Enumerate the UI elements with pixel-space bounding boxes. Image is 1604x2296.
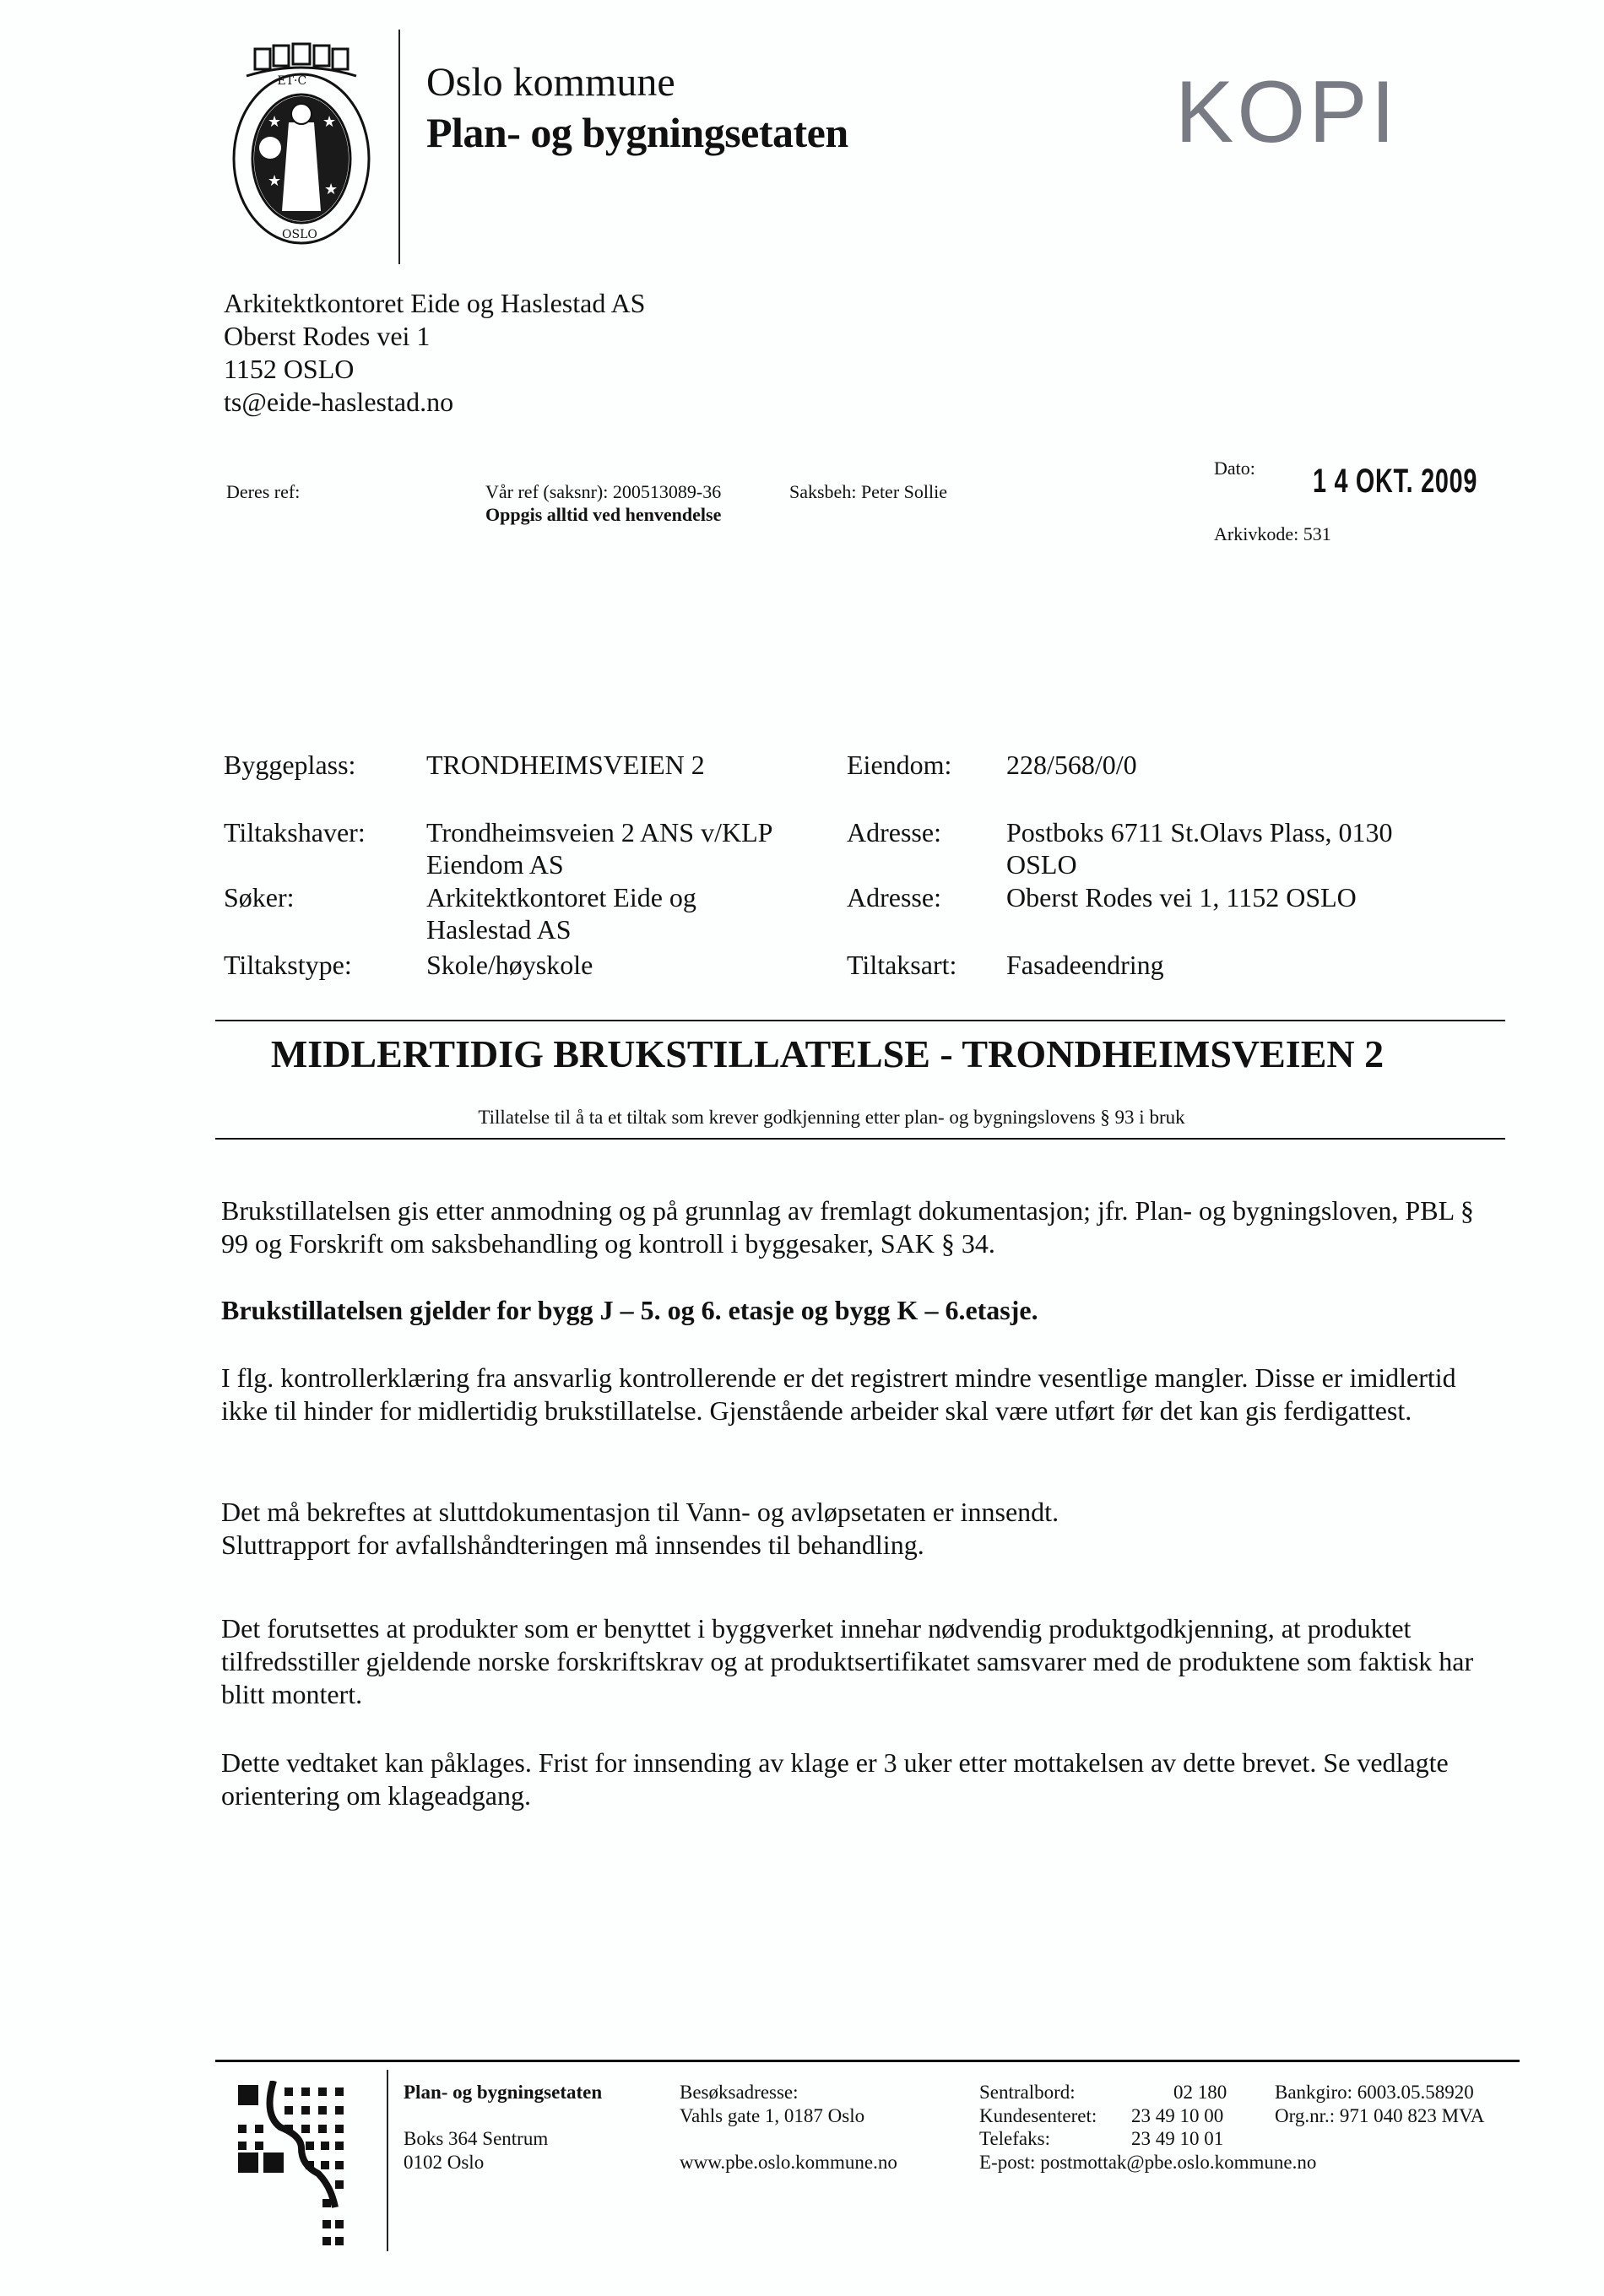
soker-value-1: Arkitektkontoret Eide og — [426, 881, 696, 913]
case-officer: Saksbeh: Peter Sollie — [789, 481, 947, 503]
recipient-street: Oberst Rodes vei 1 — [224, 320, 430, 352]
footer-visit-address: Vahls gate 1, 0187 Oslo — [680, 2104, 864, 2128]
header-divider — [398, 30, 400, 264]
tiltakshaver-value-1: Trondheimsveien 2 ANS v/KLP — [426, 816, 772, 848]
svg-text:·ET·C: ·ET·C — [274, 74, 306, 88]
footer-email[interactable]: E-post: postmottak@pbe.oslo.kommune.no — [979, 2151, 1316, 2174]
footer-sentralbord-label: Sentralbord: — [979, 2081, 1076, 2104]
adresse-label-1: Adresse: — [847, 816, 941, 848]
footer-telefaks-value: 23 49 10 01 — [1131, 2127, 1223, 2151]
footer-rule — [215, 2060, 1520, 2062]
date-stamp: 1 4 OKT. 2009 — [1313, 463, 1477, 501]
svg-text:★: ★ — [324, 181, 338, 198]
copy-stamp: KOPI — [1175, 66, 1399, 159]
footer-bankgiro: Bankgiro: 6003.05.58920 — [1275, 2081, 1474, 2104]
adresse-value-1a: Postboks 6711 St.Olavs Plass, 0130 — [1006, 816, 1393, 848]
tiltaksart-label: Tiltaksart: — [847, 949, 956, 981]
paragraph-scope: Brukstillatelsen gjelder for bygg J – 5.… — [221, 1294, 1487, 1327]
eiendom-value: 228/568/0/0 — [1006, 749, 1137, 781]
pbe-grid-logo-icon — [221, 2081, 356, 2245]
title-rule-top — [215, 1020, 1505, 1021]
soker-value-2: Haslestad AS — [426, 913, 572, 945]
recipient-postcode: 1152 OSLO — [224, 353, 354, 385]
paragraph-documentation-1: Det må bekreftes at sluttdokumentasjon t… — [221, 1496, 1487, 1529]
footer-orgnr: Org.nr.: 971 040 823 MVA — [1275, 2104, 1484, 2128]
tiltakstype-label: Tiltakstype: — [224, 949, 352, 981]
footer-visit-label: Besøksadresse: — [680, 2081, 799, 2104]
decision-title: MIDLERTIDIG BRUKSTILLATELSE - TRONDHEIMS… — [0, 1032, 1604, 1077]
byggeplass-value: TRONDHEIMSVEIEN 2 — [426, 749, 705, 781]
paragraph-documentation-2: Sluttrapport for avfallshåndteringen må … — [221, 1529, 1487, 1562]
archive-code: Arkivkode: 531 — [1214, 523, 1331, 545]
tiltakshaver-label: Tiltakshaver: — [224, 816, 366, 848]
svg-text:★: ★ — [268, 172, 281, 190]
decision-subtitle: Tillatelse til å ta et tiltak som krever… — [0, 1106, 1604, 1129]
oslo-coat-of-arms-icon: ★★★★ ·ET·C OSLO — [221, 42, 382, 249]
footer-website[interactable]: www.pbe.oslo.kommune.no — [680, 2151, 897, 2174]
footer-postbox-2: 0102 Oslo — [404, 2151, 484, 2174]
recipient-name: Arkitektkontoret Eide og Haslestad AS — [224, 287, 645, 319]
svg-text:OSLO: OSLO — [282, 228, 317, 241]
tiltaksart-value: Fasadeendring — [1006, 949, 1164, 981]
footer-kundesenter-value: 23 49 10 00 — [1131, 2104, 1223, 2128]
date-label: Dato: — [1214, 458, 1255, 479]
footer-divider — [387, 2070, 388, 2251]
paragraph-products: Det forutsettes at produkter som er beny… — [221, 1612, 1487, 1711]
footer-postbox-1: Boks 364 Sentrum — [404, 2127, 548, 2151]
footer-agency: Plan- og bygningsetaten — [404, 2081, 602, 2104]
footer-telefaks-label: Telefaks: — [979, 2127, 1050, 2151]
byggeplass-label: Byggeplass: — [224, 749, 355, 781]
org-name: Oslo kommune — [426, 59, 675, 106]
deres-ref-label: Deres ref: — [226, 481, 300, 503]
paragraph-basis: Brukstillatelsen gis etter anmodning og … — [221, 1194, 1487, 1260]
var-ref: Vår ref (saksnr): 200513089-36 — [485, 481, 721, 503]
eiendom-label: Eiendom: — [847, 749, 951, 781]
paragraph-appeal: Dette vedtaket kan påklages. Frist for i… — [221, 1746, 1487, 1812]
recipient-email[interactable]: ts@eide-haslestad.no — [224, 386, 453, 418]
soker-label: Søker: — [224, 881, 295, 913]
adresse-value-1b: OSLO — [1006, 848, 1077, 880]
paragraph-deficiencies: I flg. kontrollerklæring fra ansvarlig k… — [221, 1362, 1487, 1427]
oppgis-note: Oppgis alltid ved henvendelse — [485, 504, 721, 526]
adresse-label-2: Adresse: — [847, 881, 941, 913]
title-rule-bottom — [215, 1138, 1505, 1140]
adresse-value-2: Oberst Rodes vei 1, 1152 OSLO — [1006, 881, 1357, 913]
svg-text:★: ★ — [322, 113, 336, 131]
tiltakshaver-value-2: Eiendom AS — [426, 848, 564, 880]
tiltakstype-value: Skole/høyskole — [426, 949, 593, 981]
footer-kundesenter-label: Kundesenteret: — [979, 2104, 1097, 2128]
footer-sentralbord-value: 02 180 — [1173, 2081, 1227, 2104]
svg-text:★: ★ — [268, 113, 281, 131]
agency-name: Plan- og bygningsetaten — [426, 108, 848, 157]
